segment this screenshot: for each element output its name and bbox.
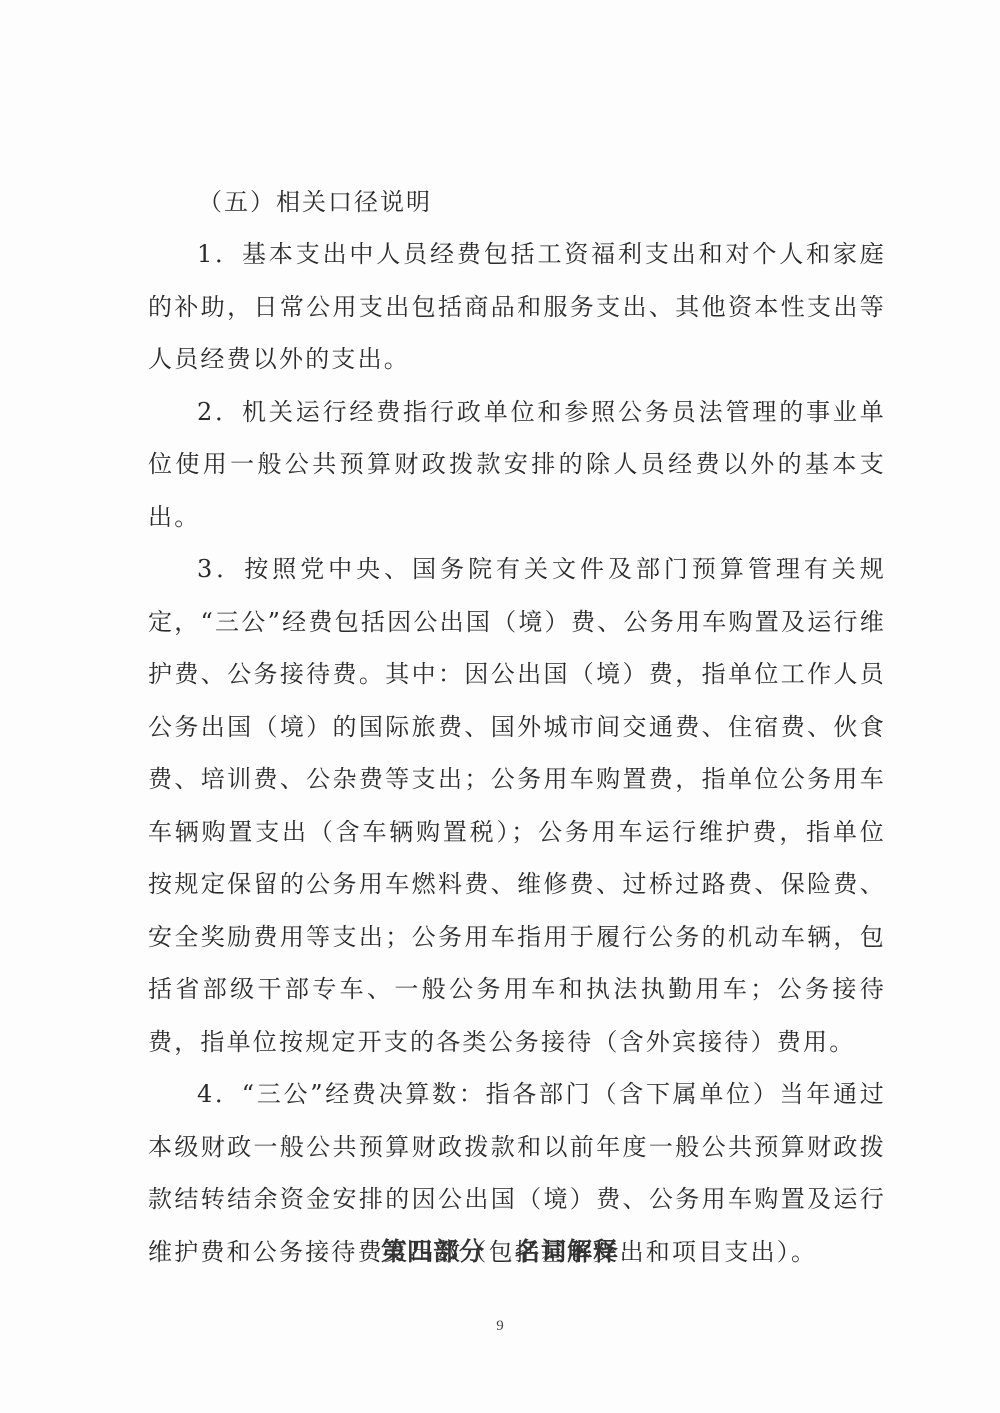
- part-title-part: 第四部分: [381, 1237, 485, 1266]
- paragraph-1-personnel-expenses: 1．基本支出中人员经费包括工资福利支出和对个人和家庭的补助，日常公用支出包括商品…: [148, 228, 886, 386]
- page-number: 9: [0, 1318, 1000, 1335]
- document-body: （五）相关口径说明 1．基本支出中人员经费包括工资福利支出和对个人和家庭的补助，…: [148, 176, 886, 1278]
- document-page: （五）相关口径说明 1．基本支出中人员经费包括工资福利支出和对个人和家庭的补助，…: [0, 0, 1000, 1413]
- section-heading: （五）相关口径说明: [148, 176, 886, 228]
- paragraph-2-operating-expenses: 2．机关运行经费指行政单位和参照公务员法管理的事业单位使用一般公共预算财政拨款安…: [148, 386, 886, 544]
- part-title-name: 名词解释: [515, 1237, 619, 1266]
- paragraph-3-three-public-expenses: 3．按照党中央、国务院有关文件及部门预算管理有关规定，“三公”经费包括因公出国（…: [148, 543, 886, 1068]
- part-title: 第四部分名词解释: [0, 1232, 1000, 1268]
